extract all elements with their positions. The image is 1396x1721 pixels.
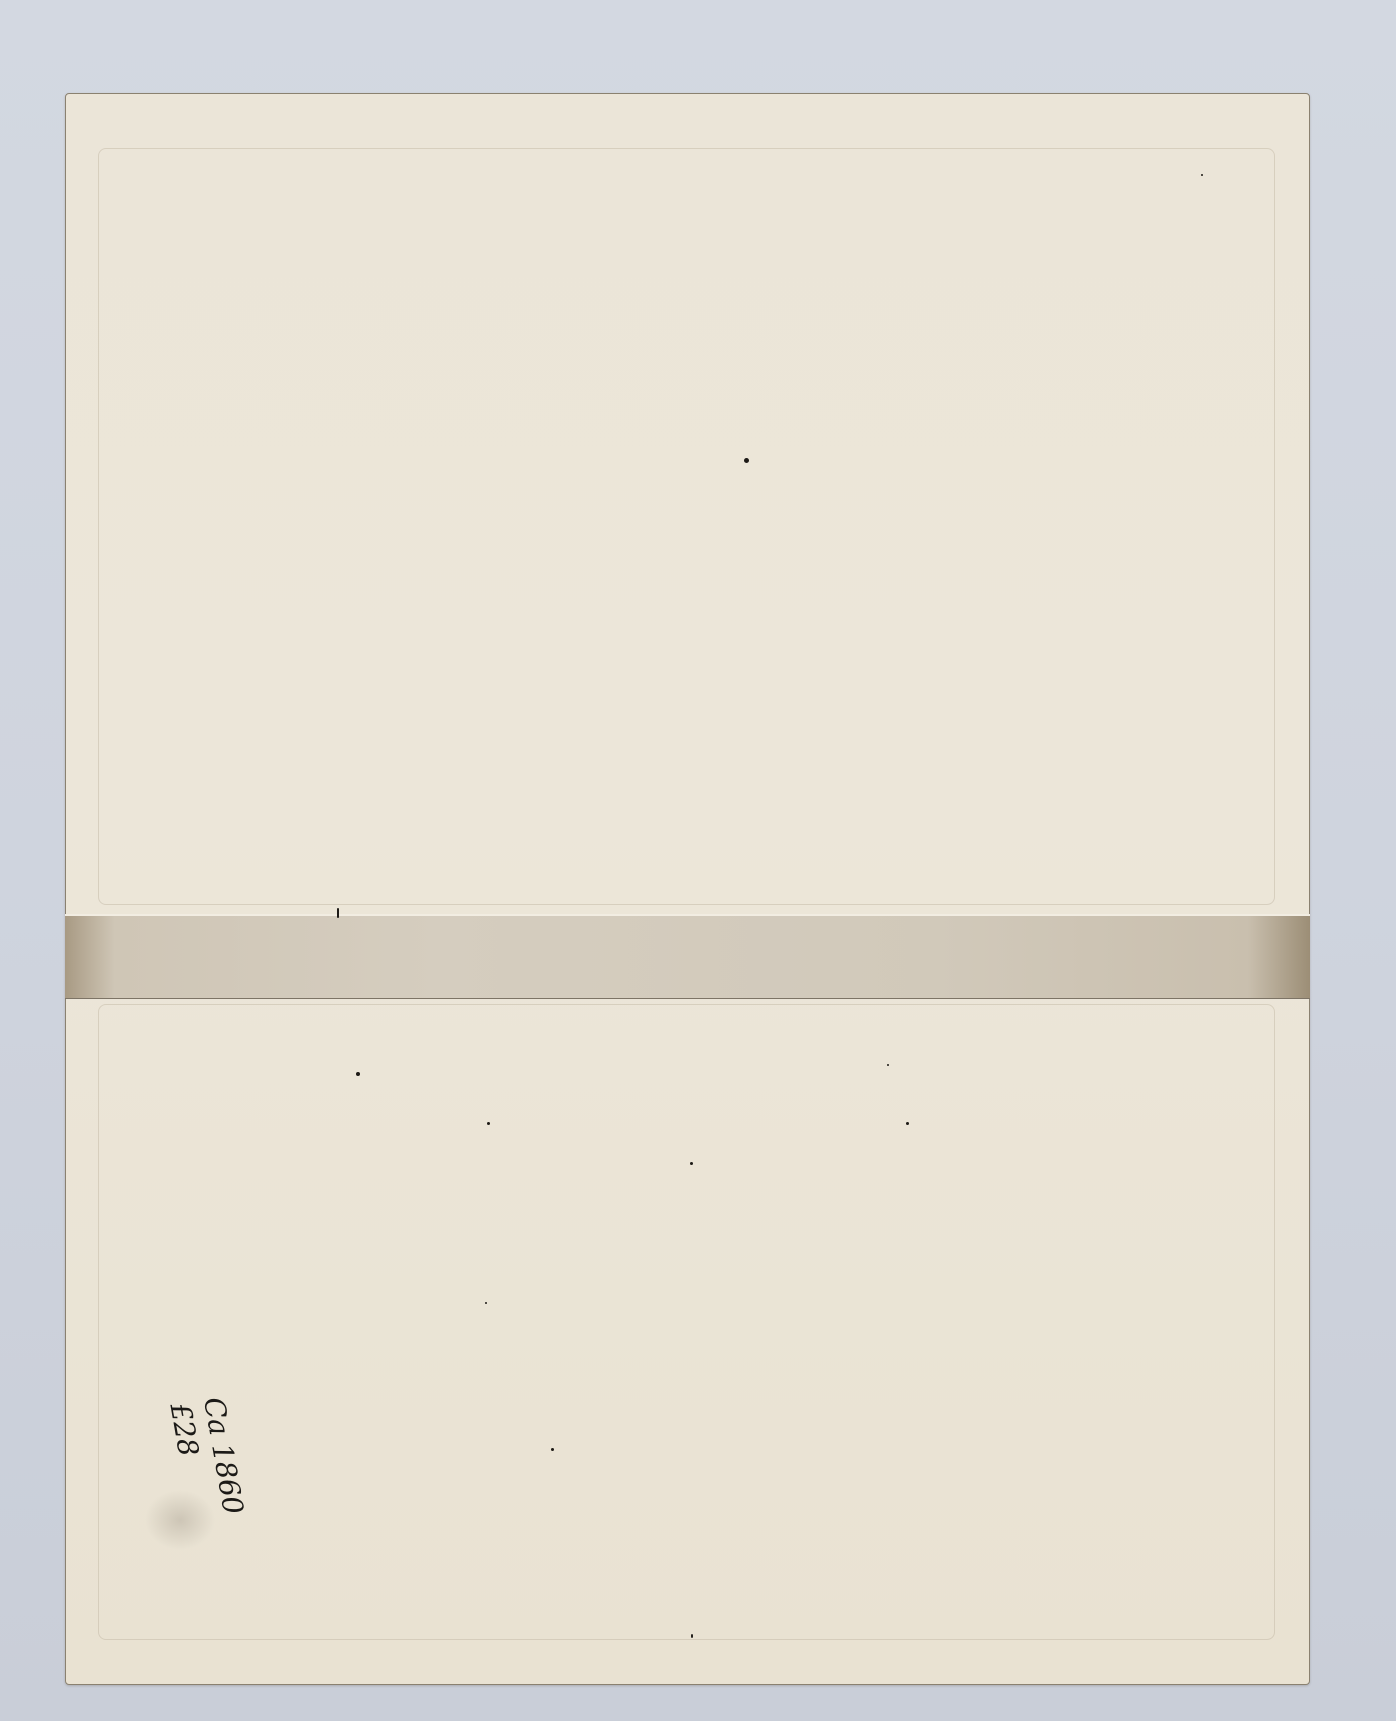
photo-scene: Ca 1860 £28	[0, 0, 1396, 1721]
speck	[744, 458, 749, 463]
speck	[906, 1122, 909, 1125]
speck	[487, 1122, 490, 1125]
plate-mark-top	[98, 148, 1275, 905]
speck	[356, 1072, 360, 1076]
handwritten-annotation: Ca 1860 £28	[101, 1395, 248, 1526]
speck	[691, 1634, 693, 1638]
folded-card	[65, 93, 1310, 1685]
speck	[485, 1302, 487, 1304]
center-hinge	[65, 914, 1310, 999]
speck	[1201, 174, 1203, 176]
speck	[887, 1064, 889, 1066]
plate-mark-bottom	[98, 1004, 1275, 1640]
speck	[690, 1162, 693, 1165]
speck	[551, 1448, 554, 1451]
speck	[337, 908, 339, 918]
